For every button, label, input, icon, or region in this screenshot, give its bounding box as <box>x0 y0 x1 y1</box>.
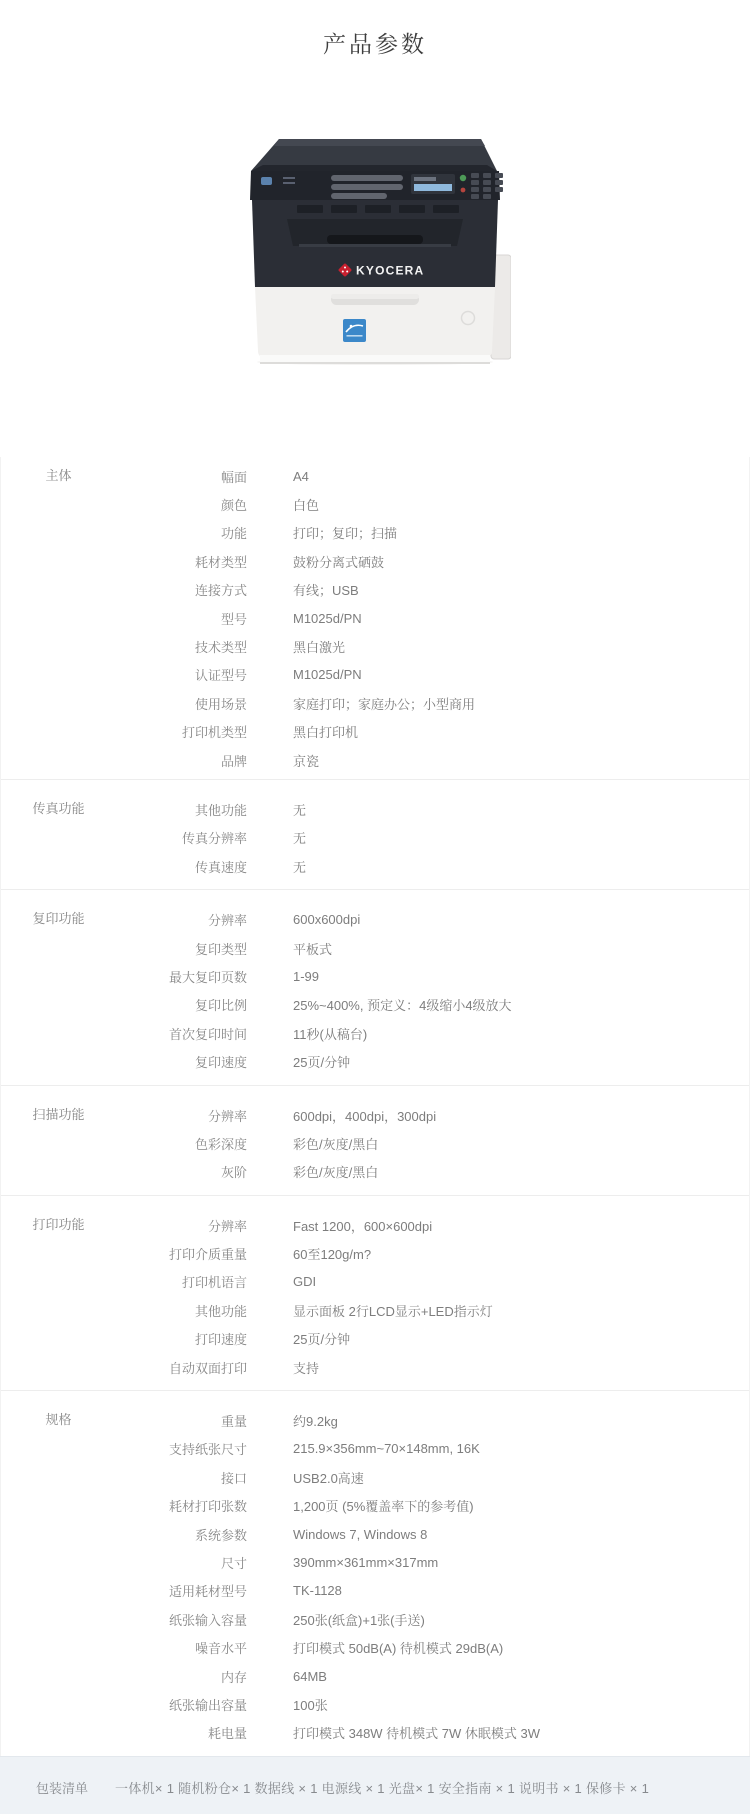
spec-label: 传真分辨率 <box>116 828 247 847</box>
spec-row: 分辨率600x600dpi <box>116 905 749 933</box>
spec-label: 灰阶 <box>116 1162 247 1181</box>
spec-label: 使用场景 <box>116 694 247 713</box>
packing-list-items: 一体机× 1 随机粉仓× 1 数据线 × 1 电源线 × 1 光盘× 1 安全指… <box>115 1778 649 1797</box>
spec-label: 认证型号 <box>116 665 247 684</box>
spec-label: 色彩深度 <box>116 1134 247 1153</box>
packing-list-row: 包装清单 一体机× 1 随机粉仓× 1 数据线 × 1 电源线 × 1 光盘× … <box>0 1756 750 1814</box>
spec-label: 连接方式 <box>116 580 247 599</box>
printer-illustration: KYOCERA <box>239 115 511 365</box>
spec-row: 噪音水平打印模式 50dB(A) 待机模式 29dB(A) <box>116 1633 749 1661</box>
spec-value: 600x600dpi <box>247 912 360 927</box>
spec-label: 复印比例 <box>116 995 247 1014</box>
spec-label: 接口 <box>116 1468 247 1487</box>
spec-section-5: 规格重量约9.2kg支持纸张尺寸215.9×356mm~70×148mm, 16… <box>1 1390 749 1756</box>
paper-tray-handle <box>331 294 419 305</box>
spec-value: 打印模式 50dB(A) 待机模式 29dB(A) <box>247 1638 503 1657</box>
spec-section-3: 扫描功能分辨率600dpi，400dpi，300dpi色彩深度彩色/灰度/黑白灰… <box>1 1085 749 1195</box>
spec-row: 重量约9.2kg <box>116 1406 749 1434</box>
spec-row: 打印机语言GDI <box>116 1268 749 1296</box>
spec-label: 打印机语言 <box>116 1272 247 1291</box>
spec-label: 打印机类型 <box>116 722 247 741</box>
spec-row: 尺寸390mm×361mm×317mm <box>116 1548 749 1576</box>
printer-base <box>260 355 490 364</box>
spec-value: 25页/分钟 <box>247 1052 350 1071</box>
spec-label: 技术类型 <box>116 637 247 656</box>
spec-label: 尺寸 <box>116 1553 247 1572</box>
spec-label: 型号 <box>116 609 247 628</box>
copy-button-row <box>331 184 403 190</box>
spec-value: 鼓粉分离式硒鼓 <box>247 552 384 571</box>
spec-value: 11秒(从稿台) <box>247 1024 367 1043</box>
copy-button-row <box>331 175 403 181</box>
spec-value: 京瓷 <box>247 751 319 770</box>
spec-section-2: 复印功能分辨率600x600dpi复印类型平板式最大复印页数1-99复印比例25… <box>1 889 749 1084</box>
spec-value: 彩色/灰度/黑白 <box>247 1162 378 1181</box>
spec-label: 功能 <box>116 523 247 542</box>
product-image: KYOCERA <box>239 115 511 365</box>
spec-value: 25%~400%, 预定义：4级缩小4级放大 <box>247 995 512 1014</box>
spec-label: 颜色 <box>116 495 247 514</box>
spec-row: 自动双面打印支持 <box>116 1353 749 1381</box>
packing-list-category: 包装清单 <box>36 1778 88 1797</box>
spec-label: 支持纸张尺寸 <box>116 1439 247 1458</box>
spec-value: 黑白打印机 <box>247 722 358 741</box>
spec-value: 250张(纸盒)+1张(手送) <box>247 1610 425 1629</box>
spec-value: 平板式 <box>247 939 332 958</box>
spec-row: 色彩深度彩色/灰度/黑白 <box>116 1129 749 1157</box>
spec-value: 支持 <box>247 1358 319 1377</box>
spec-value: 无 <box>247 857 306 876</box>
spec-row: 其他功能显示面板 2行LCD显示+LED指示灯 <box>116 1296 749 1324</box>
spec-row: 品牌京瓷 <box>116 746 749 774</box>
spec-value: 有线；USB <box>247 580 359 599</box>
spec-value: M1025d/PN <box>247 611 362 626</box>
spec-label: 系统参数 <box>116 1525 247 1544</box>
spec-label: 打印速度 <box>116 1329 247 1348</box>
spec-value: Fast 1200，600×600dpi <box>247 1216 432 1235</box>
section-category: 主体 <box>1 462 116 774</box>
spec-row: 分辨率Fast 1200，600×600dpi <box>116 1211 749 1239</box>
spec-row: 使用场景家庭打印；家庭办公；小型商用 <box>116 689 749 717</box>
spec-value: 约9.2kg <box>247 1411 338 1430</box>
spec-label: 纸张输出容量 <box>116 1695 247 1714</box>
spec-value: GDI <box>247 1274 316 1289</box>
spec-value: M1025d/PN <box>247 667 362 682</box>
spec-label: 纸张输入容量 <box>116 1610 247 1629</box>
spec-row: 复印速度25页/分钟 <box>116 1047 749 1075</box>
stop-button <box>461 188 466 193</box>
spec-value: 无 <box>247 828 306 847</box>
spec-row: 技术类型黑白激光 <box>116 632 749 660</box>
spec-row: 打印速度25页/分钟 <box>116 1325 749 1353</box>
spec-row: 灰阶彩色/灰度/黑白 <box>116 1158 749 1186</box>
spec-value: Windows 7, Windows 8 <box>247 1527 427 1542</box>
spec-row: 支持纸张尺寸215.9×356mm~70×148mm, 16K <box>116 1435 749 1463</box>
spec-label: 自动双面打印 <box>116 1358 247 1377</box>
spec-label: 复印类型 <box>116 939 247 958</box>
spec-value: TK-1128 <box>247 1583 342 1598</box>
page-title: 产品参数 <box>0 0 750 59</box>
spec-value: USB2.0高速 <box>247 1468 364 1487</box>
spec-value: 打印；复印；扫描 <box>247 523 397 542</box>
spec-row: 传真分辨率无 <box>116 824 749 852</box>
spec-row: 其他功能无 <box>116 795 749 823</box>
spec-value: 黑白激光 <box>247 637 345 656</box>
spec-value: 100张 <box>247 1695 328 1714</box>
copy-button-row <box>331 193 387 199</box>
spec-value: 215.9×356mm~70×148mm, 16K <box>247 1441 480 1456</box>
spec-row: 功能打印；复印；扫描 <box>116 519 749 547</box>
lcd-display <box>411 174 455 194</box>
spec-row: 幅面A4 <box>116 462 749 490</box>
spec-value: 25页/分钟 <box>247 1329 350 1348</box>
energy-star-icon <box>343 319 366 342</box>
spec-value: 打印模式 348W 待机模式 7W 休眠模式 3W <box>247 1723 540 1742</box>
spec-section-1: 传真功能其他功能无传真分辨率无传真速度无 <box>1 779 749 889</box>
spec-row: 适用耗材型号TK-1128 <box>116 1577 749 1605</box>
output-tray <box>287 219 463 247</box>
spec-label: 品牌 <box>116 751 247 770</box>
spec-value: 家庭打印；家庭办公；小型商用 <box>247 694 475 713</box>
section-category: 扫描功能 <box>1 1101 116 1186</box>
spec-row: 纸张输入容量250张(纸盒)+1张(手送) <box>116 1605 749 1633</box>
spec-table: 主体幅面A4颜色白色功能打印；复印；扫描耗材类型鼓粉分离式硒鼓连接方式有线；US… <box>0 457 750 1756</box>
spec-row: 复印类型平板式 <box>116 934 749 962</box>
section-category: 传真功能 <box>1 795 116 880</box>
spec-row: 系统参数Windows 7, Windows 8 <box>116 1520 749 1548</box>
spec-section-4: 打印功能分辨率Fast 1200，600×600dpi打印介质重量60至120g… <box>1 1195 749 1390</box>
spec-value: 1,200页 (5%覆盖率下的参考值) <box>247 1496 474 1515</box>
spec-label: 其他功能 <box>116 1301 247 1320</box>
spec-label: 适用耗材型号 <box>116 1581 247 1600</box>
section-category: 规格 <box>1 1406 116 1747</box>
vent-slots <box>297 205 459 213</box>
spec-row: 打印介质重量60至120g/m? <box>116 1239 749 1267</box>
spec-row: 颜色白色 <box>116 490 749 518</box>
spec-value: 60至120g/m? <box>247 1244 371 1263</box>
spec-value: 1-99 <box>247 969 319 984</box>
panel-status-icon <box>261 177 272 185</box>
start-button <box>460 175 466 181</box>
spec-label: 首次复印时间 <box>116 1024 247 1043</box>
spec-row: 接口USB2.0高速 <box>116 1463 749 1491</box>
scanner-lid <box>251 139 497 171</box>
spec-label: 复印速度 <box>116 1052 247 1071</box>
spec-label: 耗电量 <box>116 1723 247 1742</box>
spec-section-0: 主体幅面A4颜色白色功能打印；复印；扫描耗材类型鼓粉分离式硒鼓连接方式有线；US… <box>1 457 749 779</box>
spec-label: 重量 <box>116 1411 247 1430</box>
spec-label: 噪音水平 <box>116 1638 247 1657</box>
spec-value: A4 <box>247 469 309 484</box>
spec-label: 分辨率 <box>116 1106 247 1125</box>
spec-row: 型号M1025d/PN <box>116 604 749 632</box>
spec-row: 分辨率600dpi，400dpi，300dpi <box>116 1101 749 1129</box>
spec-row: 复印比例25%~400%, 预定义：4级缩小4级放大 <box>116 991 749 1019</box>
spec-label: 打印介质重量 <box>116 1244 247 1263</box>
spec-value: 600dpi，400dpi，300dpi <box>247 1106 436 1125</box>
spec-value: 64MB <box>247 1669 327 1684</box>
spec-label: 传真速度 <box>116 857 247 876</box>
spec-label: 内存 <box>116 1667 247 1686</box>
spec-label: 耗材类型 <box>116 552 247 571</box>
spec-row: 耗材类型鼓粉分离式硒鼓 <box>116 547 749 575</box>
spec-label: 分辨率 <box>116 1216 247 1235</box>
section-category: 复印功能 <box>1 905 116 1075</box>
spec-value: 390mm×361mm×317mm <box>247 1555 438 1570</box>
spec-row: 耗电量打印模式 348W 待机模式 7W 休眠模式 3W <box>116 1719 749 1747</box>
spec-row: 耗材打印张数1,200页 (5%覆盖率下的参考值) <box>116 1492 749 1520</box>
spec-label: 耗材打印张数 <box>116 1496 247 1515</box>
spec-label: 最大复印页数 <box>116 967 247 986</box>
brand-text: KYOCERA <box>356 264 424 278</box>
spec-row: 内存64MB <box>116 1662 749 1690</box>
spec-label: 幅面 <box>116 467 247 486</box>
spec-row: 连接方式有线；USB <box>116 576 749 604</box>
spec-label: 分辨率 <box>116 910 247 929</box>
spec-row: 首次复印时间11秒(从稿台) <box>116 1019 749 1047</box>
control-panel <box>250 171 503 200</box>
spec-row: 认证型号M1025d/PN <box>116 661 749 689</box>
spec-value: 彩色/灰度/黑白 <box>247 1134 378 1153</box>
spec-value: 白色 <box>247 495 319 514</box>
spec-label: 其他功能 <box>116 800 247 819</box>
spec-value: 显示面板 2行LCD显示+LED指示灯 <box>247 1301 493 1320</box>
section-category: 打印功能 <box>1 1211 116 1381</box>
spec-value: 无 <box>247 800 306 819</box>
spec-row: 最大复印页数1-99 <box>116 962 749 990</box>
spec-row: 传真速度无 <box>116 852 749 880</box>
spec-row: 纸张输出容量100张 <box>116 1690 749 1718</box>
spec-row: 打印机类型黑白打印机 <box>116 718 749 746</box>
